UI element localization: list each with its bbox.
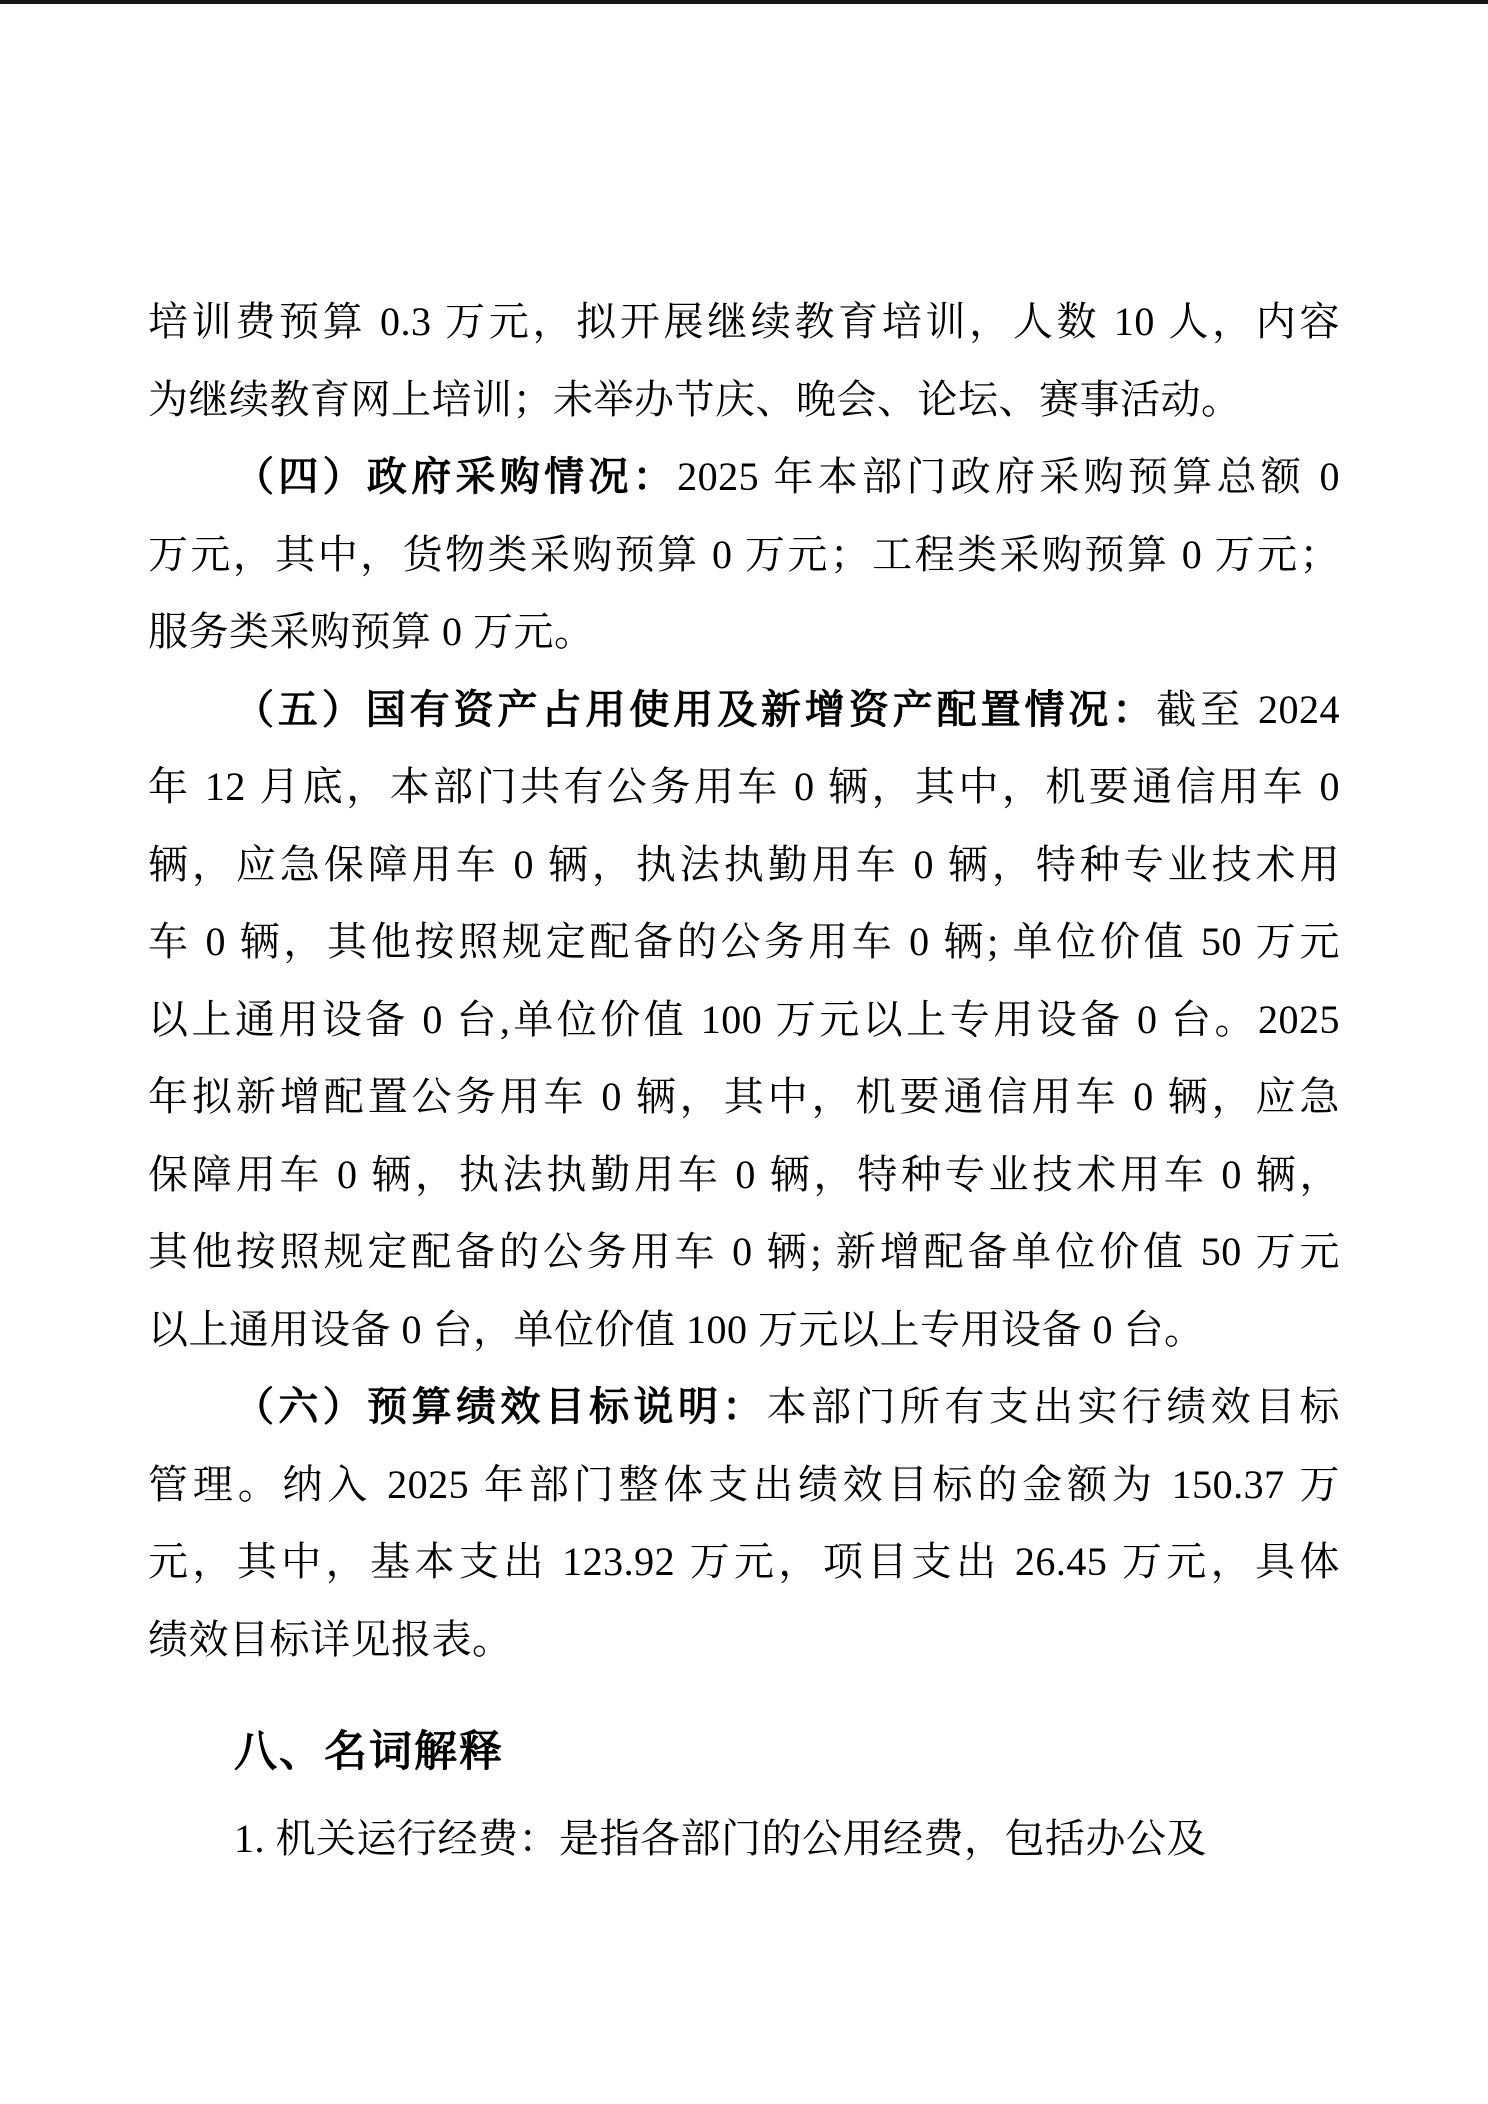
text-line: 为继续教育网上培训；未举办节庆、晚会、论坛、赛事活动。 (148, 361, 1340, 439)
text-line: （六）预算绩效目标说明：本部门所有支出实行绩效目标 (148, 1368, 1340, 1446)
bold-text-run: （五）国有资产占用使用及新增资产配置情况： (234, 687, 1156, 732)
text-line: 保障用车 0 辆，执法执勤用车 0 辆，特种专业技术用车 0 辆， (148, 1136, 1340, 1214)
text-line: 辆，应急保障用车 0 辆，执法执勤用车 0 辆，特种专业技术用 (148, 826, 1340, 904)
text-line: 以上通用设备 0 台，单位价值 100 万元以上专用设备 0 台。 (148, 1291, 1340, 1369)
text-line: （四）政府采购情况：2025 年本部门政府采购预算总额 0 (148, 438, 1340, 516)
text-run: 以上通用设备 0 台，单位价值 100 万元以上专用设备 0 台。 (148, 1307, 1205, 1352)
text-run: 截至 2024 (1156, 687, 1340, 732)
text-line: 其他按照规定配备的公务用车 0 辆; 新增配备单位价值 50 万元 (148, 1213, 1340, 1291)
text-run: 年 12 月底，本部门共有公务用车 0 辆，其中，机要通信用车 0 (148, 764, 1340, 809)
text-line: 元，其中，基本支出 123.92 万元，项目支出 26.45 万元，具体 (148, 1523, 1340, 1601)
text-line: 万元，其中，货物类采购预算 0 万元；工程类采购预算 0 万元； (148, 516, 1340, 594)
text-run: 1. 机关运行经费：是指各部门的公用经费，包括办公及 (234, 1816, 1207, 1861)
section-heading: 八、名词解释 (148, 1710, 1340, 1794)
text-run: 服务类采购预算 0 万元。 (148, 609, 595, 654)
text-line: 以上通用设备 0 台,单位价值 100 万元以上专用设备 0 台。2025 (148, 981, 1340, 1059)
document-page: 培训费预算 0.3 万元，拟开展继续教育培训，人数 10 人，内容为继续教育网上… (0, 0, 1488, 2104)
bold-text-run: （四）政府采购情况： (234, 454, 677, 499)
bold-text-run: （六）预算绩效目标说明： (234, 1384, 767, 1429)
text-run: 万元，其中，货物类采购预算 0 万元；工程类采购预算 0 万元； (148, 532, 1340, 577)
text-run: 为继续教育网上培训；未举办节庆、晚会、论坛、赛事活动。 (148, 377, 1242, 422)
document-body: 培训费预算 0.3 万元，拟开展继续教育培训，人数 10 人，内容为继续教育网上… (148, 283, 1340, 1878)
page-top-edge (0, 0, 1488, 4)
text-run: 2025 年本部门政府采购预算总额 0 (677, 454, 1340, 499)
bold-text-run: 八、名词解释 (234, 1728, 504, 1776)
text-line: （五）国有资产占用使用及新增资产配置情况：截至 2024 (148, 671, 1340, 749)
text-line: 绩效目标详见报表。 (148, 1601, 1340, 1679)
text-run: 管理。纳入 2025 年部门整体支出绩效目标的金额为 150.37 万 (148, 1462, 1340, 1507)
text-line: 车 0 辆，其他按照规定配备的公务用车 0 辆; 单位价值 50 万元 (148, 903, 1340, 981)
text-line: 培训费预算 0.3 万元，拟开展继续教育培训，人数 10 人，内容 (148, 283, 1340, 361)
text-line: 管理。纳入 2025 年部门整体支出绩效目标的金额为 150.37 万 (148, 1446, 1340, 1524)
text-line: 年 12 月底，本部门共有公务用车 0 辆，其中，机要通信用车 0 (148, 748, 1340, 826)
text-run: 本部门所有支出实行绩效目标 (767, 1384, 1340, 1429)
text-run: 元，其中，基本支出 123.92 万元，项目支出 26.45 万元，具体 (148, 1539, 1340, 1584)
text-run: 保障用车 0 辆，执法执勤用车 0 辆，特种专业技术用车 0 辆， (148, 1152, 1340, 1197)
text-line: 1. 机关运行经费：是指各部门的公用经费，包括办公及 (148, 1800, 1340, 1878)
text-run: 车 0 辆，其他按照规定配备的公务用车 0 辆; 单位价值 50 万元 (148, 919, 1340, 964)
text-run: 绩效目标详见报表。 (148, 1617, 513, 1662)
text-run: 以上通用设备 0 台,单位价值 100 万元以上专用设备 0 台。2025 (148, 997, 1340, 1042)
text-run: 培训费预算 0.3 万元，拟开展继续教育培训，人数 10 人，内容 (148, 299, 1340, 344)
text-line: 年拟新增配置公务用车 0 辆，其中，机要通信用车 0 辆，应急 (148, 1058, 1340, 1136)
text-run: 辆，应急保障用车 0 辆，执法执勤用车 0 辆，特种专业技术用 (148, 842, 1340, 887)
text-run: 年拟新增配置公务用车 0 辆，其中，机要通信用车 0 辆，应急 (148, 1074, 1340, 1119)
text-run: 其他按照规定配备的公务用车 0 辆; 新增配备单位价值 50 万元 (148, 1229, 1340, 1274)
text-line: 服务类采购预算 0 万元。 (148, 593, 1340, 671)
